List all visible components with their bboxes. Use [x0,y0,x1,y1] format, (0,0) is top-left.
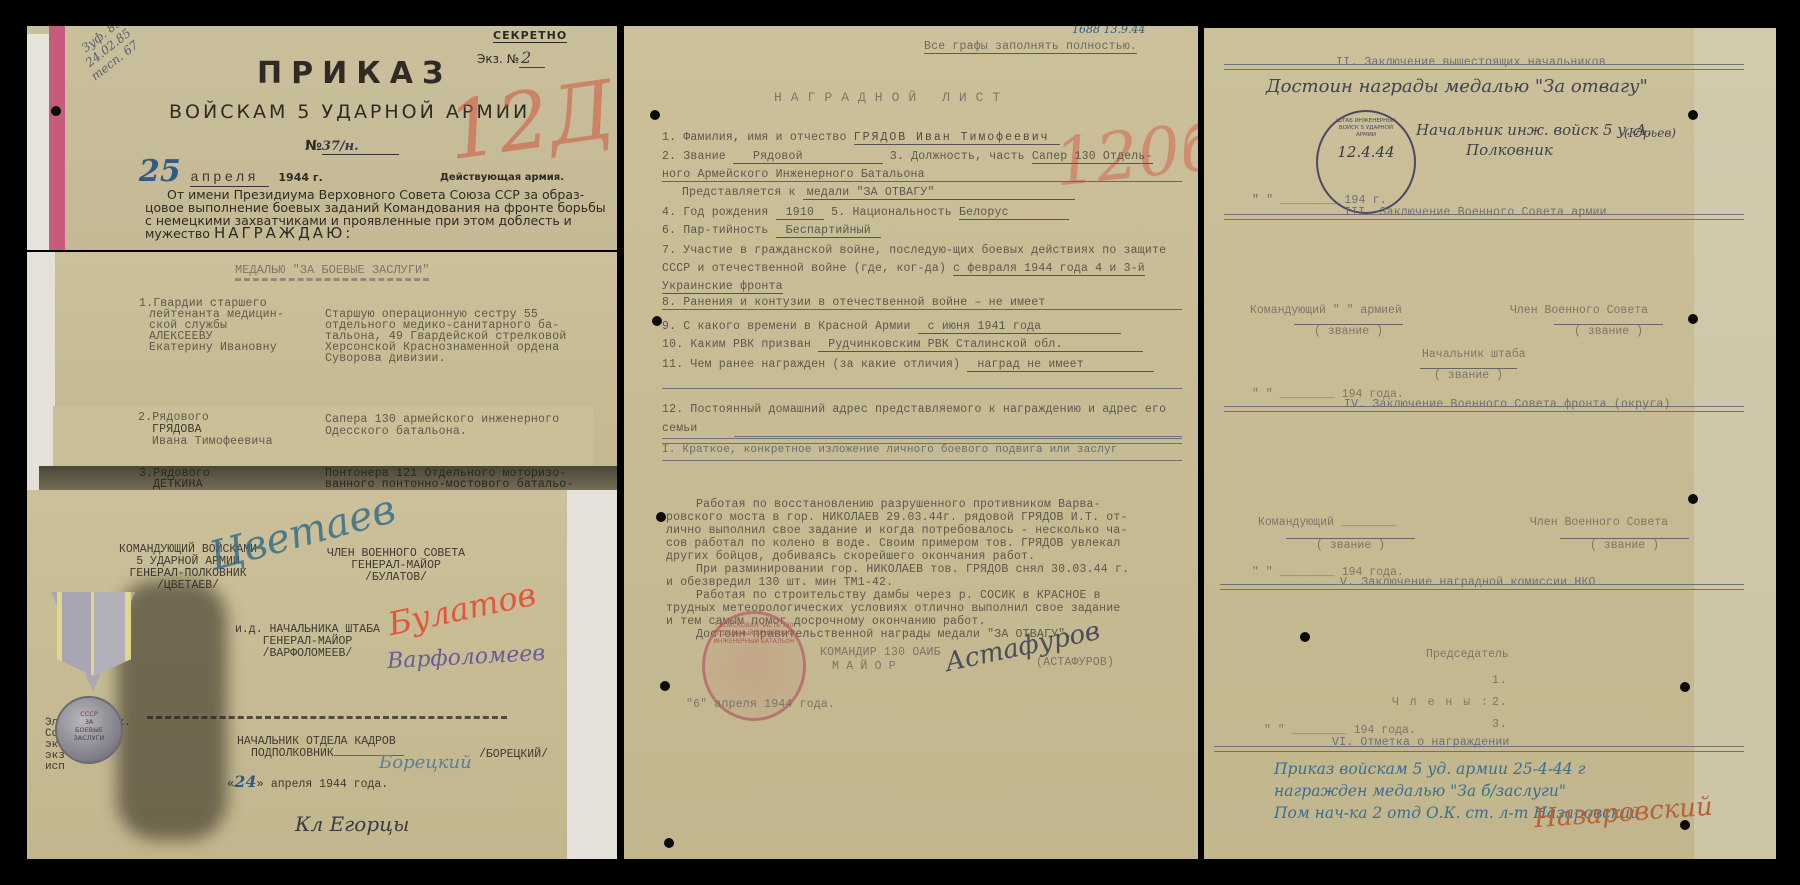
section-5-heading: V. Заключение наградной комиссии НКО [1340,576,1596,589]
army-council-member-rank: ( звание ) [1554,324,1663,338]
order-date-year: 1944 г. [278,171,322,184]
signatures-right-strip [567,490,617,859]
army-commander-label: Командующий " " армией [1250,304,1402,317]
award-sheet-title: НАГРАДНОЙ ЛИСТ [774,90,1009,105]
order-preamble: От имени Президиума Верховного Совета Со… [145,188,565,240]
personnel-chief-signature: Борецкий [379,752,472,773]
medal-obverse-text: СССР ЗА БОЕВЫЕ ЗАСЛУГИ [57,698,121,742]
punch-hole [664,838,674,848]
order-date-day: 25 [139,154,181,189]
signature-block-name: (АСТАФУРОВ) [1036,656,1114,669]
order-number: №37/н. [305,138,399,154]
section-6-heading: VI. Отметка о награждении [1332,736,1510,749]
list-heading: МЕДАЛЬЮ "ЗА БОЕВЫЕ ЗАСЛУГИ" [235,263,429,281]
signatures-sheet: КОМАНДУЮЩИЙ ВОЙСКАМИ 5 УДАРНОЙ АРМИИ ГЕН… [27,490,617,859]
field-home-address: 12. Постоянный домашний адрес представля… [662,400,1182,438]
address-rule [734,436,1182,437]
superior-conclusion: Достоин награды медалью "За отвагу" [1266,76,1648,97]
army-chief-of-staff: Начальник штаба [1422,348,1526,361]
council-signature: Булатов [385,575,539,643]
classification-label: СЕКРЕТНО [493,29,567,43]
margin-note: Зуф. 89 24.02.85 тесп. 67 [79,26,142,77]
signature-block-title: КОМАНДИР 130 ОАИБ [820,646,941,659]
front-commander-label: Командующий ________ [1258,516,1396,529]
army-chief-of-staff-rank: ( звание ) [1420,368,1517,382]
middle-document: 1688 13.9.44 Все графы заполнять полност… [624,26,1198,859]
red-pencil-mark: 12Д [441,63,617,178]
punch-hole [1680,682,1690,692]
superior-signer: Начальник инж. войск 5 у. А. Полковник [1416,120,1652,160]
punch-hole [1300,632,1310,642]
entry-2-position: Сапера 130 армейского инженерного Одесск… [325,414,559,438]
order-date: 25 апреля 1944 г. [139,154,323,189]
footer-handwritten-note: Кл Егорцы [295,812,409,836]
field-party: 6. Пар-тийность Беспартийный [662,224,881,237]
left-document: СЕКРЕТНО Экз. №2 Зуф. 89 24.02.85 тесп. … [27,26,617,859]
commission-member-2: 2. [1492,696,1508,709]
entry-1-position: Старшую операционную сестру 55 отдельног… [325,309,566,364]
field-rank: 2. Звание Рядовой 3. Должность, часть Са… [662,150,1153,163]
signature-block-rank: М А Й О Р [832,660,896,673]
army-council-member-label: Член Военного Совета [1510,304,1648,317]
copy-number-value: 2 [519,48,545,68]
section-heading: I. Краткое, конкретное изложение личного… [662,444,1118,456]
field-war-participation: 7. Участие в гражданской войне, последую… [662,242,1182,296]
front-council-member-label: Член Военного Совета [1530,516,1668,529]
field-name: 1. Фамилия, имя и отчество ГРЯДОВ Иван Т… [662,131,1060,144]
superior-signer-name: (Юрьев) [1624,126,1676,140]
medal-ribbon-body [57,592,131,676]
blank-rule [662,388,1182,389]
order-title: ПРИКАЗ [257,56,452,91]
order-date-month: апреля [190,170,268,187]
award-word: НАГРАЖДАЮ: [214,224,353,242]
council-member-block: ЧЛЕН ВОЕННОГО СОВЕТА ГЕНЕРАЛ-МАЙОР /БУЛА… [327,548,465,584]
copy-number: Экз. №2 [477,48,545,67]
field-birth-nationality: 4. Год рождения 1910 5. Национальность Б… [662,206,1069,219]
personnel-chief-name: /БОРЕЦКИЙ/ [479,748,548,761]
entry-2-rank: 2.Рядового ГРЯДОВА Ивана Тимофеевича [138,412,273,448]
punch-hole [652,316,662,326]
section-heading-rule-bottom [662,460,1182,461]
punch-hole [1688,314,1698,324]
footer-date: «24» апреля 1944 года. [227,772,388,792]
field-previous-awards: 11. Чем ранее награжден (за какие отличи… [662,358,1154,371]
section-3-heading: III. Заключение Военного Совета армии [1344,206,1607,219]
top-note: 1688 13.9.44 [1072,26,1145,36]
entry-2-strip: 2.Рядового ГРЯДОВА Ивана Тимофеевича Сап… [27,406,593,466]
punch-hole [1688,494,1698,504]
field-unit-continued: ного Армейского Инженерного Батальона [662,168,1182,182]
field-service-since: 9. С какого времени в Красной Армии с ию… [662,320,1121,333]
right-document: II. Заключение вышестоящих начальников Д… [1204,28,1776,859]
punch-hole [650,110,660,120]
field-wounds: 8. Ранения и контузии в отечественной во… [662,296,1182,310]
right-fold-strip [1694,28,1776,859]
punch-hole [1680,820,1690,830]
signature-date: "6" апреля 1944 года. [686,698,835,711]
binding-strip [49,26,65,250]
chief-of-staff-signature: Варфоломеев [386,641,545,674]
instruction-line: Все графы заполнять полностью. [924,40,1137,54]
front-commander-rank: ( звание ) [1286,538,1415,552]
front-council-member-rank: ( звание ) [1560,538,1689,552]
chief-of-staff-block: и.д. НАЧАЛЬНИКА ШТАБА ГЕНЕРАЛ-МАЙОР /ВАР… [235,624,380,660]
torn-left-edge [27,34,49,250]
order-header-sheet: СЕКРЕТНО Экз. №2 Зуф. 89 24.02.85 тесп. … [27,26,617,250]
commission-chairman: Председатель [1426,648,1509,661]
commission-member-1: 1. [1492,674,1508,687]
section-4-heading: IV. Заключение Военного Совета фронта (о… [1344,398,1671,411]
punch-hole [656,512,666,522]
army-commander-rank: ( звание ) [1294,324,1403,338]
field-draft-office: 10. Каким РВК призван Рудчинковским РВК … [662,338,1143,351]
copy-number-label: Экз. № [477,52,519,66]
commission-members-label: Ч л е н ы : [1392,696,1490,709]
commission-member-3: 3. [1492,718,1508,731]
punch-hole [1688,110,1698,120]
punch-hole [51,106,61,116]
medal-disc: СССР ЗА БОЕВЫЕ ЗАСЛУГИ [55,696,123,764]
entry-1-rank: 1.Гвардии старшего лейтенанта медицин- с… [139,298,284,353]
punch-hole [660,681,670,691]
section-2-heading: II. Заключение вышестоящих начальников [1336,56,1606,69]
field-nominated-for: Представляется к медали "ЗА ОТВАГУ" [682,186,1075,199]
